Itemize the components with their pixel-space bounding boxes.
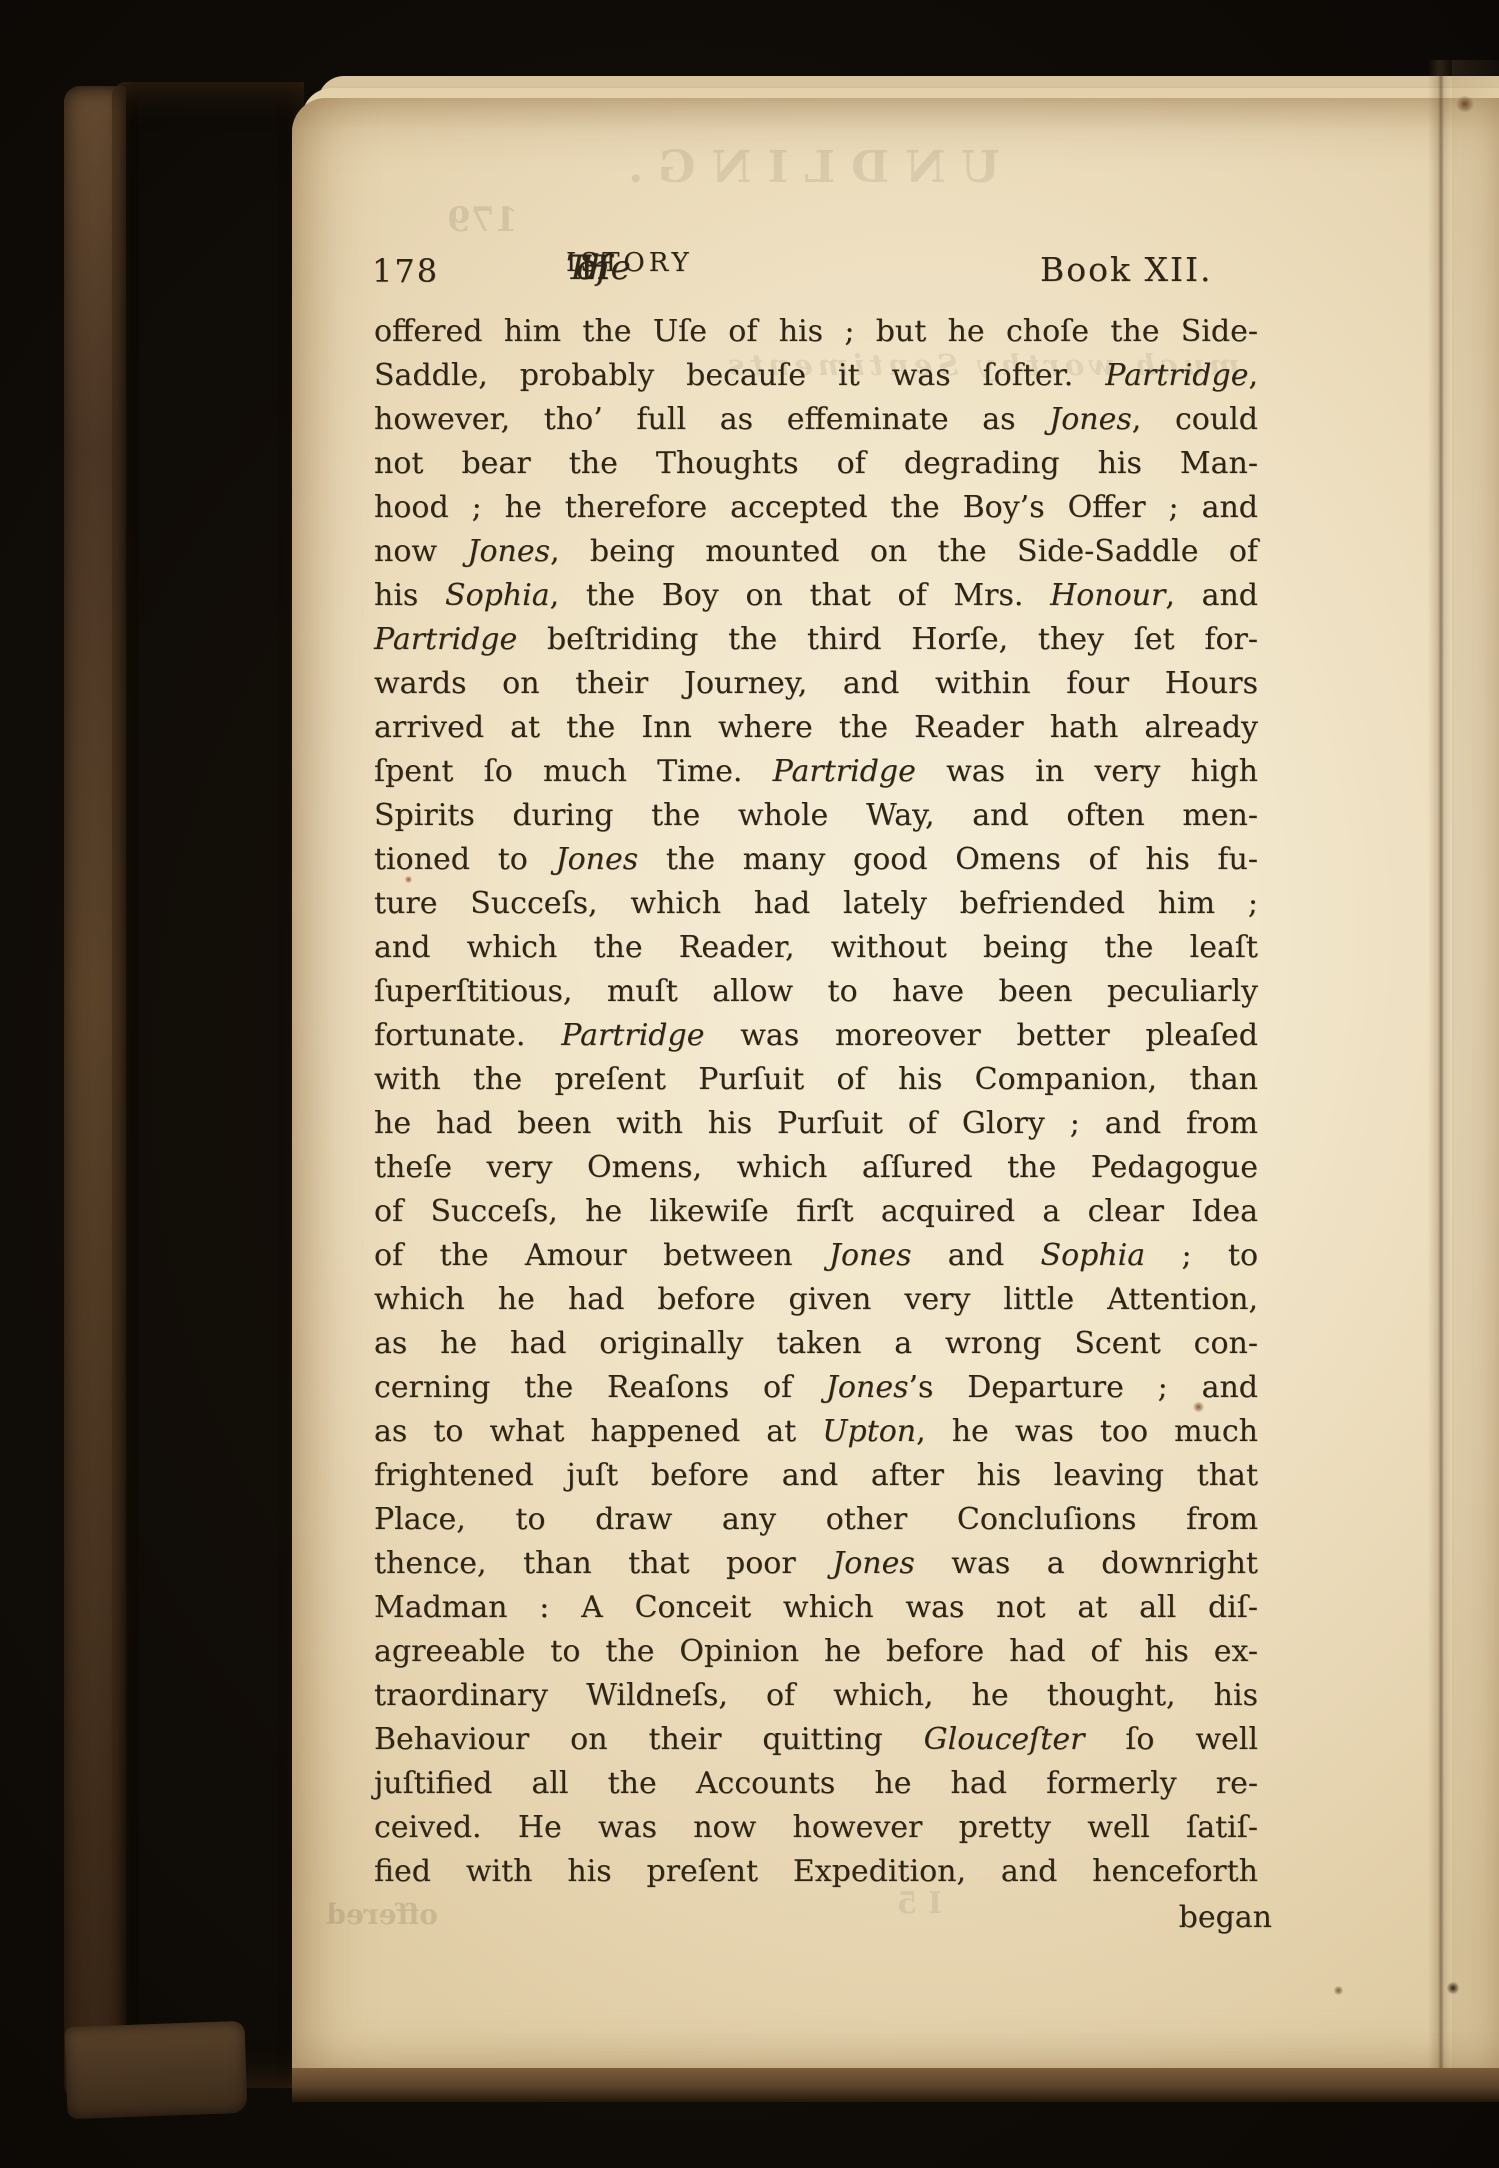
- text-line: theſe very Omens, which aſſured the Peda…: [374, 1146, 1258, 1190]
- showthrough-catchword: offered: [308, 1898, 438, 1931]
- text-line: he had been with his Purſuit of Glory ; …: [374, 1102, 1258, 1146]
- book-number-label: Book XII.: [1040, 250, 1213, 289]
- foxing-spot: [1456, 96, 1474, 112]
- page-number: 178: [372, 252, 439, 290]
- text-line: Madman : A Conceit which was not at all …: [374, 1586, 1258, 1630]
- text-line: now Jones, being mounted on the Side-Sad…: [374, 530, 1258, 574]
- text-line: of Succeſs, he likewiſe firſt acquired a…: [374, 1190, 1258, 1234]
- text-line: traordinary Wildneſs, of which, he thoug…: [374, 1674, 1258, 1718]
- text-line: ſuperſtitious, muſt allow to have been p…: [374, 970, 1258, 1014]
- foxing-spot: [1193, 1402, 1204, 1412]
- text-line: fortunate. Partridge was moreover better…: [374, 1014, 1258, 1058]
- foxing-spot: [405, 876, 412, 883]
- text-line: tioned to Jones the many good Omens of h…: [374, 838, 1258, 882]
- text-line: frightened juſt before and after his lea…: [374, 1454, 1258, 1498]
- text-line: however, tho’ full as effeminate as Jone…: [374, 398, 1258, 442]
- text-line: Behaviour on their quitting Glouceſter ſ…: [374, 1718, 1258, 1762]
- text-line: not bear the Thoughts of degrading his M…: [374, 442, 1258, 486]
- text-line: ture Succeſs, which had lately befriende…: [374, 882, 1258, 926]
- text-line: which he had before given very little At…: [374, 1278, 1258, 1322]
- text-line: as he had originally taken a wrong Scent…: [374, 1322, 1258, 1366]
- book-cover-bottom-corner: [64, 2021, 247, 2119]
- page-crease: [1428, 60, 1454, 2076]
- text-line: Spirits during the whole Way, and often …: [374, 794, 1258, 838]
- showthrough-page-number: 179: [438, 200, 518, 240]
- text-line: Saddle, probably becauſe it was ſofter. …: [374, 354, 1258, 398]
- text-line: and which the Reader, without being the …: [374, 926, 1258, 970]
- text-line: as to what happened at Upton, he was too…: [374, 1410, 1258, 1454]
- text-line: ceived. He was now however pretty well ſ…: [374, 1806, 1258, 1850]
- running-head-of: of: [576, 248, 609, 288]
- text-line: with the preſent Purſuit of his Companio…: [374, 1058, 1258, 1102]
- book-scan-photo: UNDLING. 179 much worthy Sentiments offe…: [0, 0, 1499, 2168]
- text-line: fied with his preſent Expedition, and he…: [374, 1850, 1258, 1894]
- text-line: Place, to draw any other Concluſions fro…: [374, 1498, 1258, 1542]
- text-line: juſtified all the Accounts he had former…: [374, 1762, 1258, 1806]
- text-line: his Sophia, the Boy on that of Mrs. Hono…: [374, 574, 1258, 618]
- text-line: wards on their Journey, and within four …: [374, 662, 1258, 706]
- page-right-shading: [1452, 60, 1499, 2076]
- page-stack-edges: [112, 82, 304, 2088]
- text-line: ſpent ſo much Time. Partridge was in ver…: [374, 750, 1258, 794]
- showthrough-running-head: UNDLING.: [556, 142, 1056, 193]
- text-line: hood ; he therefore accepted the Boy’s O…: [374, 486, 1258, 530]
- text-line: arrived at the Inn where the Reader hath…: [374, 706, 1258, 750]
- catchword: began: [986, 1900, 1272, 1935]
- text-line: thence, than that poor Jones was a downr…: [374, 1542, 1258, 1586]
- text-line: agreeable to the Opinion he before had o…: [374, 1630, 1258, 1674]
- book-cover-bottom-edge: [292, 2068, 1499, 2102]
- text-line: Partridge beſtriding the third Horſe, th…: [374, 618, 1258, 662]
- foxing-spot: [1334, 1986, 1343, 1995]
- text-line: cerning the Reaſons of Jones’s Departure…: [374, 1366, 1258, 1410]
- body-text: offered him the Uſe of his ; but he choſ…: [374, 310, 1258, 1894]
- text-line: offered him the Uſe of his ; but he choſ…: [374, 310, 1258, 354]
- wormhole-spot: [1447, 1982, 1459, 1994]
- text-line: of the Amour between Jones and Sophia ; …: [374, 1234, 1258, 1278]
